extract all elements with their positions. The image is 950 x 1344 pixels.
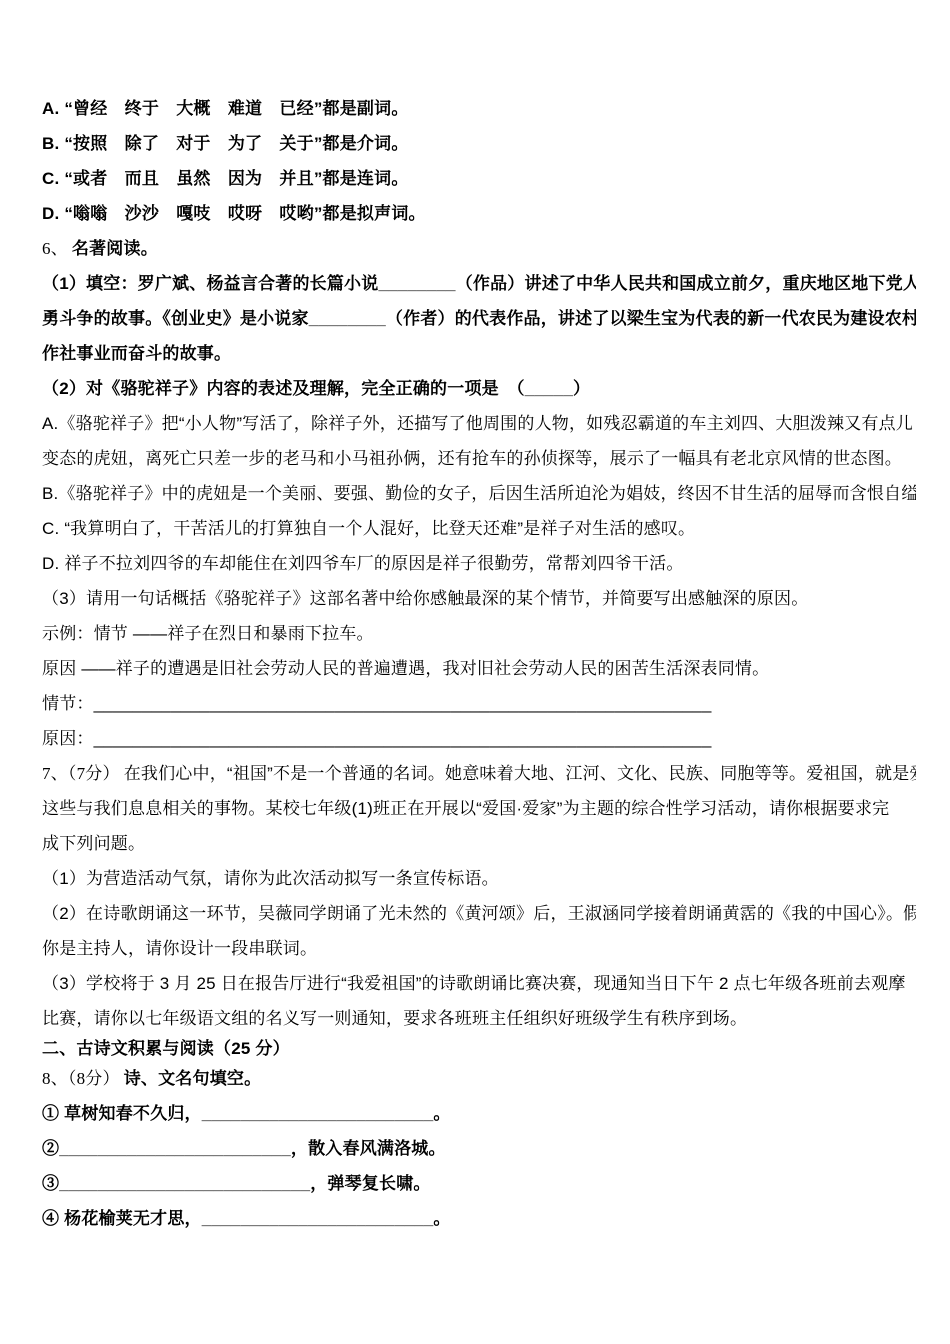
q5-option-a: A. “曾经 终于 大概 难道 已经”都是副词。: [42, 91, 916, 126]
q6-part1-line3: 作社事业而奋斗的故事。: [42, 336, 916, 371]
line-text: 原因：_____________________________________…: [42, 729, 712, 748]
q6-part2-option-a-line1: A.《骆驼祥子》把“小人物”写活了，除祥子外，还描写了他周围的人物，如残忍霸道的…: [42, 406, 916, 441]
q8-item-4: ④ 杨花榆荚无才思，________________________。: [42, 1201, 916, 1236]
line-text: D. 祥子不拉刘四爷的车却能住在刘四爷车厂的原因是祥子很勤劳，常帮刘四爷干活。: [42, 554, 684, 573]
q5-option-c: C. “或者 而且 虽然 因为 并且”都是连词。: [42, 161, 916, 196]
line-text: C. “或者 而且 虽然 因为 并且”都是连词。: [42, 169, 409, 188]
q6-part2-option-a-line2: 变态的虎妞，离死亡只差一步的老马和小马祖孙俩，还有抢车的孙侦探等，展示了一幅具有…: [42, 441, 916, 476]
question-number: 6、: [42, 239, 72, 258]
q6-part2-stem: （2）对《骆驼祥子》内容的表述及理解，完全正确的一项是 （_____）: [42, 371, 916, 406]
question7-block: 7、（7分）在我们心中，“祖国”不是一个普通的名词。她意味着大地、江河、文化、民…: [42, 756, 916, 1036]
line-text: ③__________________________，弹琴复长啸。: [42, 1174, 431, 1193]
section2-header: 二、古诗文积累与阅读（25 分）: [42, 1036, 916, 1061]
line-text: 原因 ——祥子的遭遇是旧社会劳动人民的普遍遭遇，我对旧社会劳动人民的困苦生活深表…: [42, 659, 769, 678]
q5-option-b: B. “按照 除了 对于 为了 关于”都是介词。: [42, 126, 916, 161]
q6-part2-option-c: C. “我算明白了，干苦活儿的打算独自一个人混好，比登天还难”是祥子对生活的感叹…: [42, 511, 916, 546]
q8-item-3: ③__________________________，弹琴复长啸。: [42, 1166, 916, 1201]
line-text: 勇斗争的故事。《创业史》是小说家________（作者）的代表作品，讲述了以梁生…: [42, 309, 916, 328]
q8-item-1: ① 草树知春不久归，________________________。: [42, 1096, 916, 1131]
line-text: A.《骆驼祥子》把“小人物”写活了，除祥子外，还描写了他周围的人物，如残忍霸道的…: [42, 414, 913, 433]
line-text: 示例：情节 ——祥子在烈日和暴雨下拉车。: [42, 624, 374, 643]
q7-sub3-line1: （3）学校将于 3 月 25 日在报告厅进行“我爱祖国”的诗歌朗诵比赛决赛，现通…: [42, 966, 916, 1001]
q7-sub1: （1）为营造活动气氛，请你为此次活动拟写一条宣传标语。: [42, 861, 916, 896]
question6-block: 6、名著阅读。（1）填空：罗广斌、杨益言合著的长篇小说________（作品）讲…: [42, 231, 916, 756]
question-number: 8、（8分）: [42, 1069, 124, 1088]
q6-part3-example-plot: 示例：情节 ——祥子在烈日和暴雨下拉车。: [42, 616, 916, 651]
q8-header: 8、（8分）诗、文名句填空。: [42, 1061, 916, 1096]
line-text: A. “曾经 终于 大概 难道 已经”都是副词。: [42, 99, 409, 118]
line-text: 成下列问题。: [42, 834, 145, 853]
question5-options: A. “曾经 终于 大概 难道 已经”都是副词。B. “按照 除了 对于 为了 …: [42, 91, 916, 231]
exam-document: A. “曾经 终于 大概 难道 已经”都是副词。B. “按照 除了 对于 为了 …: [0, 0, 950, 1344]
line-text: （2）在诗歌朗诵这一环节，吴薇同学朗诵了光未然的《黄河颂》后，王淑涵同学接着朗诵…: [42, 904, 916, 923]
line-text: （3）请用一句话概括《骆驼祥子》这部名著中给你感触最深的某个情节，并简要写出感触…: [42, 589, 808, 608]
line-text: C. “我算明白了，干苦活儿的打算独自一个人混好，比登天还难”是祥子对生活的感叹…: [42, 519, 695, 538]
line-text: 在我们心中，“祖国”不是一个普通的名词。她意味着大地、江河、文化、民族、同胞等等…: [124, 764, 916, 783]
line-text: 你是主持人，请你设计一段串联词。: [42, 939, 317, 958]
line-text: （3）学校将于 3 月 25 日在报告厅进行“我爱祖国”的诗歌朗诵比赛决赛，现通…: [42, 974, 906, 993]
q5-option-d: D. “嗡嗡 沙沙 嘎吱 哎呀 哎哟”都是拟声词。: [42, 196, 916, 231]
q7-stem-line2: 这些与我们息息相关的事物。某校七年级(1)班正在开展以“爱国·爱家”为主题的综合…: [42, 791, 916, 826]
line-text: 名著阅读。: [72, 239, 158, 258]
line-text: 作社事业而奋斗的故事。: [42, 344, 231, 363]
line-text: B. “按照 除了 对于 为了 关于”都是介词。: [42, 134, 409, 153]
q7-stem-line1: 7、（7分）在我们心中，“祖国”不是一个普通的名词。她意味着大地、江河、文化、民…: [42, 756, 916, 791]
q6-part2-option-b: B.《骆驼祥子》中的虎妞是一个美丽、要强、勤俭的女子，后因生活所迫沦为娼妓，终因…: [42, 476, 916, 511]
line-text: ① 草树知春不久归，________________________。: [42, 1104, 451, 1123]
line-text: ④ 杨花榆荚无才思，________________________。: [42, 1209, 451, 1228]
q7-stem-line3: 成下列问题。: [42, 826, 916, 861]
line-text: 这些与我们息息相关的事物。某校七年级(1)班正在开展以“爱国·爱家”为主题的综合…: [42, 799, 889, 818]
section-two-header-block: 二、古诗文积累与阅读（25 分）8、（8分）诗、文名句填空。: [42, 1036, 916, 1096]
line-text: （1）为营造活动气氛，请你为此次活动拟写一条宣传标语。: [42, 869, 499, 888]
q7-sub3-line2: 比赛，请你以七年级语文组的名义写一则通知，要求各班班主任组织好班级学生有秩序到场…: [42, 1001, 916, 1036]
q6-part2-option-d: D. 祥子不拉刘四爷的车却能住在刘四爷车厂的原因是祥子很勤劳，常帮刘四爷干活。: [42, 546, 916, 581]
q6-part3-plot-blank: 情节：_____________________________________…: [42, 686, 916, 721]
q6-part1-line2: 勇斗争的故事。《创业史》是小说家________（作者）的代表作品，讲述了以梁生…: [42, 301, 916, 336]
line-text: ②________________________，散入春风满洛城。: [42, 1139, 446, 1158]
line-text: 比赛，请你以七年级语文组的名义写一则通知，要求各班班主任组织好班级学生有秩序到场…: [42, 1009, 747, 1028]
line-text: D. “嗡嗡 沙沙 嘎吱 哎呀 哎哟”都是拟声词。: [42, 204, 426, 223]
q6-part3-example-reason: 原因 ——祥子的遭遇是旧社会劳动人民的普遍遭遇，我对旧社会劳动人民的困苦生活深表…: [42, 651, 916, 686]
q7-sub2-line2: 你是主持人，请你设计一段串联词。: [42, 931, 916, 966]
q7-sub2-line1: （2）在诗歌朗诵这一环节，吴薇同学朗诵了光未然的《黄河颂》后，王淑涵同学接着朗诵…: [42, 896, 916, 931]
q6-part3-stem: （3）请用一句话概括《骆驼祥子》这部名著中给你感触最深的某个情节，并简要写出感触…: [42, 581, 916, 616]
line-text: （1）填空：罗广斌、杨益言合著的长篇小说________（作品）讲述了中华人民共…: [42, 274, 916, 293]
line-text: 二、古诗文积累与阅读（25 分）: [42, 1039, 290, 1058]
q6-part3-reason-blank: 原因：_____________________________________…: [42, 721, 916, 756]
question-number: 7、（7分）: [42, 764, 124, 783]
line-text: 情节：_____________________________________…: [42, 694, 712, 713]
q6-part1-line1: （1）填空：罗广斌、杨益言合著的长篇小说________（作品）讲述了中华人民共…: [42, 266, 916, 301]
question8-block: ① 草树知春不久归，________________________。②____…: [42, 1096, 916, 1236]
q8-item-2: ②________________________，散入春风满洛城。: [42, 1131, 916, 1166]
line-text: B.《骆驼祥子》中的虎妞是一个美丽、要强、勤俭的女子，后因生活所迫沦为娼妓，终因…: [42, 484, 916, 503]
q6-header: 6、名著阅读。: [42, 231, 916, 266]
line-text: （2）对《骆驼祥子》内容的表述及理解，完全正确的一项是 （_____）: [42, 379, 590, 398]
line-text: 诗、文名句填空。: [124, 1069, 262, 1088]
line-text: 变态的虎妞，离死亡只差一步的老马和小马祖孙俩，还有抢车的孙侦探等，展示了一幅具有…: [42, 449, 902, 468]
